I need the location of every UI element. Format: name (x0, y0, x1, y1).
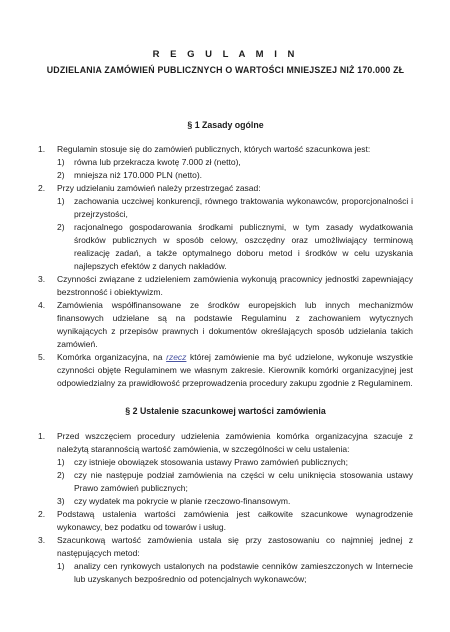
list-item-number: 5. (38, 351, 57, 364)
tracked-change-word: rzecz (166, 352, 186, 362)
sublist-item-text: czy wydatek ma pokrycie w planie rzeczow… (74, 495, 413, 508)
sublist-item-number: 2) (57, 221, 74, 234)
sublist-item: 1) analizy cen rynkowych ustalonych na p… (57, 560, 413, 586)
list-item-text: Regulamin stosuje się do zamówień public… (57, 143, 413, 156)
sublist-item: 1) zachowania uczciwej konkurencji, równ… (57, 195, 413, 221)
list-item-number: 3. (38, 273, 57, 286)
sublist-item-text: zachowania uczciwej konkurencji, równego… (74, 195, 413, 221)
sublist-item-text: czy nie następuje podział zamówienia na … (74, 469, 413, 495)
sublist-item-text: analizy cen rynkowych ustalonych na pods… (74, 560, 413, 586)
list-item-number: 4. (38, 299, 57, 312)
document-title: R E G U L A M I N (38, 48, 413, 61)
sublist-item-number: 1) (57, 560, 74, 573)
section-1-heading: § 1 Zasady ogólne (38, 119, 413, 132)
sublist-item-text: równa lub przekracza kwotę 7.000 zł (net… (74, 156, 413, 169)
list-item-number: 3. (38, 534, 57, 547)
list-item: 1. Przed wszczęciem procedury udzielenia… (38, 430, 413, 456)
list-item: 3. Czynności związane z udzieleniem zamó… (38, 273, 413, 299)
sublist-item-number: 3) (57, 495, 74, 508)
sublist-item: 1) czy istnieje obowiązek stosowania ust… (57, 456, 413, 469)
list-item: 2. Podstawą ustalenia wartości zamówieni… (38, 508, 413, 534)
sublist-item: 2) czy nie następuje podział zamówienia … (57, 469, 413, 495)
sublist-item-number: 2) (57, 169, 74, 182)
list-item: 2. Przy udzielaniu zamówień należy przes… (38, 182, 413, 195)
list-item-text: Podstawą ustalenia wartości zamówienia j… (57, 508, 413, 534)
list-item-number: 1. (38, 430, 57, 443)
sublist-item-number: 1) (57, 456, 74, 469)
sublist-item-number: 1) (57, 156, 74, 169)
sublist-item: 2) mniejsza niż 170.000 PLN (netto). (57, 169, 413, 182)
list-item-text: Czynności związane z udzieleniem zamówie… (57, 273, 413, 299)
section-2-heading: § 2 Ustalenie szacunkowej wartości zamów… (38, 405, 413, 418)
sublist-item-number: 1) (57, 195, 74, 208)
list-item-number: 1. (38, 143, 57, 156)
sublist-item-text: racjonalnego gospodarowania środkami pub… (74, 221, 413, 273)
sublist-item: 3) czy wydatek ma pokrycie w planie rzec… (57, 495, 413, 508)
list-item: 1. Regulamin stosuje się do zamówień pub… (38, 143, 413, 156)
sublist-item-text: czy istnieje obowiązek stosowania ustawy… (74, 456, 413, 469)
list-item-text-before: Komórka organizacyjna, na (57, 352, 166, 362)
list-item-text: Szacunkową wartość zamówienia ustala się… (57, 534, 413, 560)
list-item-text: Przed wszczęciem procedury udzielenia za… (57, 430, 413, 456)
document-subtitle: UDZIELANIA ZAMÓWIEŃ PUBLICZNYCH O WARTOŚ… (38, 64, 413, 77)
sublist-item-text: mniejsza niż 170.000 PLN (netto). (74, 169, 413, 182)
list-item-text: Zamówienia współfinansowane ze środków e… (57, 299, 413, 351)
list-item: 4. Zamówienia współfinansowane ze środkó… (38, 299, 413, 351)
list-item-number: 2. (38, 182, 57, 195)
document-page: R E G U L A M I N UDZIELANIA ZAMÓWIEŃ PU… (0, 0, 450, 632)
list-item: 3. Szacunkową wartość zamówienia ustala … (38, 534, 413, 560)
list-item-number: 2. (38, 508, 57, 521)
sublist-item: 2) racjonalnego gospodarowania środkami … (57, 221, 413, 273)
list-item-text: Przy udzielaniu zamówień należy przestrz… (57, 182, 413, 195)
list-item-text: Komórka organizacyjna, na rzecz której z… (57, 351, 413, 390)
list-item: 5. Komórka organizacyjna, na rzecz które… (38, 351, 413, 390)
sublist-item-number: 2) (57, 469, 74, 482)
sublist-item: 1) równa lub przekracza kwotę 7.000 zł (… (57, 156, 413, 169)
